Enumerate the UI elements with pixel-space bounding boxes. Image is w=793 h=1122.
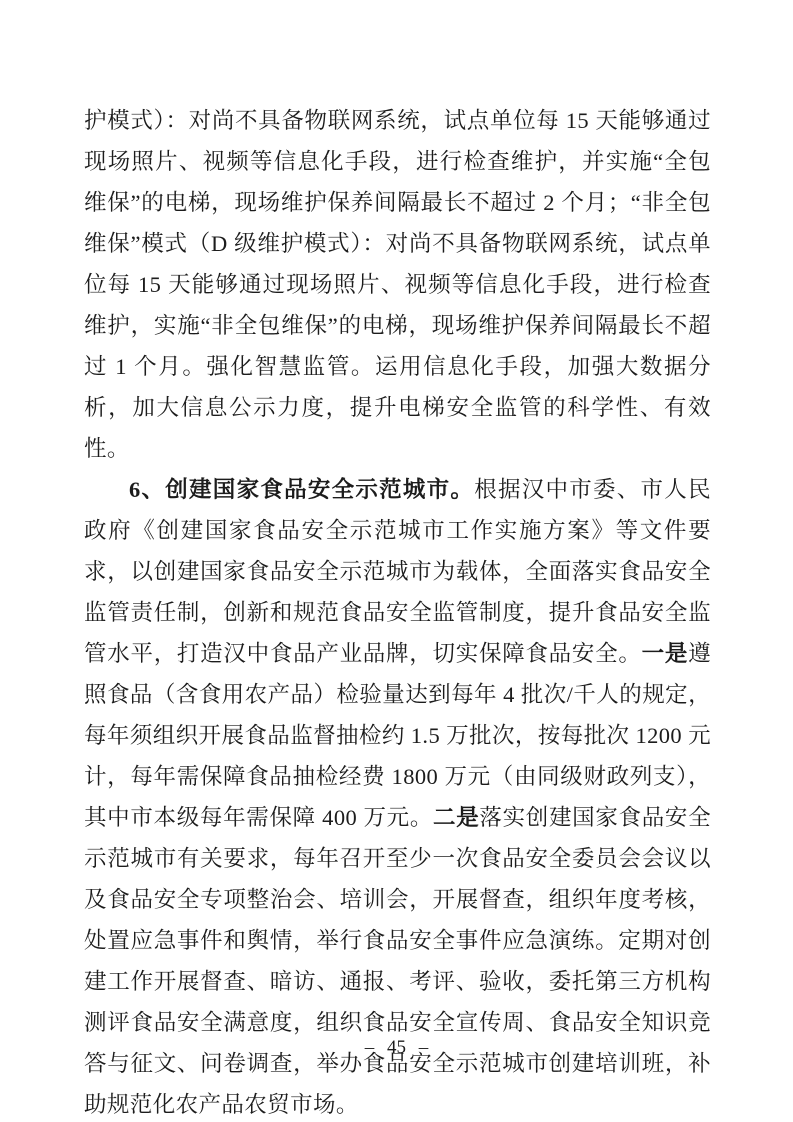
paragraph-text: 根据汉中市委、市人民政府《创建国家食品安全示范城市工作实施方案》等文件要求，以创… xyxy=(84,477,711,666)
emphasis-run-first: 一是 xyxy=(642,641,688,666)
paragraph-text: 护模式）：对尚不具备物联网系统，试点单位每 15 天能够通过现场照片、视频等信息… xyxy=(84,108,711,461)
paragraph-text: 落实创建国家食品安全示范城市有关要求，每年召开至少一次食品安全委员会会议以及食品… xyxy=(84,805,711,1117)
document-page: 护模式）：对尚不具备物联网系统，试点单位每 15 天能够通过现场照片、视频等信息… xyxy=(0,0,793,1122)
paragraph-elevator-maintenance: 护模式）：对尚不具备物联网系统，试点单位每 15 天能够通过现场照片、视频等信息… xyxy=(84,100,711,469)
page-footer: – 45 – xyxy=(0,1036,793,1060)
emphasis-run-second: 二是 xyxy=(433,805,479,830)
paragraph-text: 遵照食品（含食用农产品）检验量达到每年 4 批次/千人的规定，每年须组织开展食品… xyxy=(84,641,711,830)
page-body: 护模式）：对尚不具备物联网系统，试点单位每 15 天能够通过现场照片、视频等信息… xyxy=(84,100,711,1122)
section-heading-run: 6、创建国家食品安全示范城市。 xyxy=(129,477,474,502)
paragraph-food-safety-city: 6、创建国家食品安全示范城市。根据汉中市委、市人民政府《创建国家食品安全示范城市… xyxy=(84,469,711,1122)
page-number: – 45 – xyxy=(365,1037,429,1058)
